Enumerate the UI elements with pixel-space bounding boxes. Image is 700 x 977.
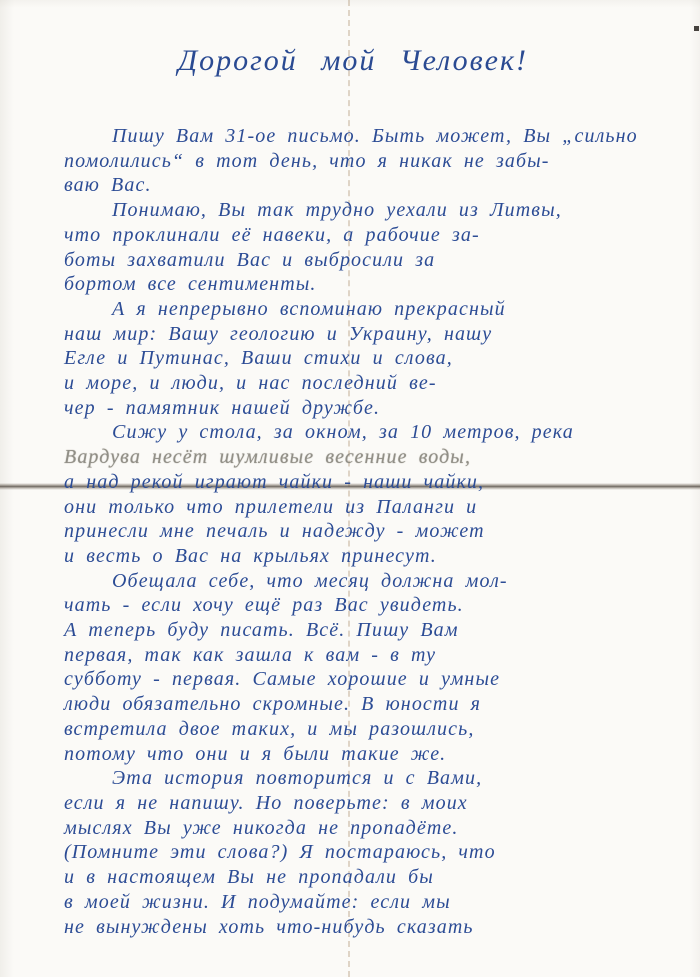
- letter-line: встретила двое таких, и мы разошлись,: [64, 717, 676, 742]
- letter-line: помолились“ в тот день, что я никак не з…: [64, 149, 676, 174]
- letter-line: бортом все сентименты.: [64, 272, 676, 297]
- letter-line: если я не напишу. Но поверьте: в моих: [64, 791, 676, 816]
- letter-line: Егле и Путинас, Ваши стихи и слова,: [64, 346, 676, 371]
- letter-line: Пишу Вам 31-ое письмо. Быть может, Вы „с…: [64, 124, 676, 149]
- letter-line: они только что прилетели из Паланги и: [64, 495, 676, 520]
- letter-line: и весть о Вас на крыльях принесут.: [64, 544, 676, 569]
- letter-line: люди обязательно скромные. В юности я: [64, 692, 676, 717]
- letter-line: А теперь буду писать. Всё. Пишу Вам: [64, 618, 676, 643]
- letter-line: принесли мне печаль и надежду - может: [64, 519, 676, 544]
- letter-line: Сижу у стола, за окном, за 10 метров, ре…: [64, 420, 676, 445]
- letter-line: и в настоящем Вы не пропадали бы: [64, 865, 676, 890]
- scan-speck: [694, 26, 699, 31]
- letter-line: (Помните эти слова?) Я постараюсь, что: [64, 840, 676, 865]
- letter-page: Дорогой мой Человек! Пишу Вам 31-ое пись…: [0, 0, 700, 977]
- letter-line: в моей жизни. И подумайте: если мы: [64, 890, 676, 915]
- letter-line: Эта история повторится и с Вами,: [64, 766, 676, 791]
- letter-line: ваю Вас.: [64, 173, 676, 198]
- letter-line: Вардува несёт шумливые весенние воды,: [64, 445, 676, 470]
- letter-salutation: Дорогой мой Человек!: [178, 44, 528, 78]
- letter-line: А я непрерывно вспоминаю прекрасный: [64, 297, 676, 322]
- letter-line: субботу - первая. Самые хорошие и умные: [64, 667, 676, 692]
- letter-line: и море, и люди, и нас последний ве-: [64, 371, 676, 396]
- letter-line: а над рекой играют чайки - наши чайки,: [64, 470, 676, 495]
- letter-line: что проклинали её навеки, а рабочие за-: [64, 223, 676, 248]
- letter-line: боты захватили Вас и выбросили за: [64, 248, 676, 273]
- letter-line: первая, так как зашла к вам - в ту: [64, 643, 676, 668]
- letter-line: чер - памятник нашей дружбе.: [64, 396, 676, 421]
- letter-line: мыслях Вы уже никогда не пропадёте.: [64, 816, 676, 841]
- letter-line: чать - если хочу ещё раз Вас увидеть.: [64, 593, 676, 618]
- letter-body: Пишу Вам 31-ое письмо. Быть может, Вы „с…: [64, 124, 676, 939]
- letter-line: Обещала себе, что месяц должна мол-: [64, 569, 676, 594]
- letter-line: наш мир: Вашу геологию и Украину, нашу: [64, 322, 676, 347]
- letter-line: Понимаю, Вы так трудно уехали из Литвы,: [64, 198, 676, 223]
- letter-line: не вынуждены хоть что-нибудь сказать: [64, 915, 676, 940]
- letter-line: потому что они и я были такие же.: [64, 742, 676, 767]
